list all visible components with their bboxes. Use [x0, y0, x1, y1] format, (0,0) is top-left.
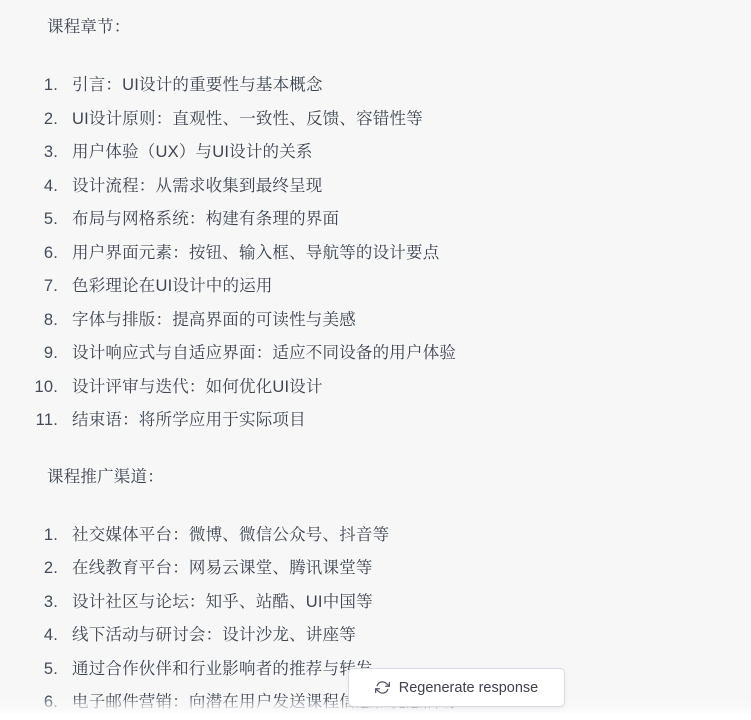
list-item: 设计评审与迭代：如何优化UI设计: [0, 371, 751, 405]
list-item: 色彩理论在UI设计中的运用: [0, 270, 751, 304]
list-item: 线下活动与研讨会：设计沙龙、讲座等: [0, 619, 751, 653]
list-item: 在线教育平台：网易云课堂、腾讯课堂等: [0, 552, 751, 586]
list-item: 用户体验（UX）与UI设计的关系: [0, 136, 751, 170]
list-item: 布局与网格系统：构建有条理的界面: [0, 203, 751, 237]
course-chapters-heading: 课程章节：: [47, 13, 751, 41]
list-item: 引言：UI设计的重要性与基本概念: [0, 69, 751, 103]
list-item: 设计响应式与自适应界面：适应不同设备的用户体验: [0, 337, 751, 371]
list-item: 社交媒体平台：微博、微信公众号、抖音等: [0, 519, 751, 553]
course-chapters-list: 引言：UI设计的重要性与基本概念 UI设计原则：直观性、一致性、反馈、容错性等 …: [0, 69, 751, 438]
list-item: 用户界面元素：按钮、输入框、导航等的设计要点: [0, 237, 751, 271]
list-item: UI设计原则：直观性、一致性、反馈、容错性等: [0, 103, 751, 137]
list-item: 设计流程：从需求收集到最终呈现: [0, 170, 751, 204]
bottom-panel-edge: [0, 713, 751, 720]
regenerate-response-button[interactable]: Regenerate response: [348, 668, 565, 707]
list-item: 结束语：将所学应用于实际项目: [0, 404, 751, 438]
regenerate-button-label: Regenerate response: [399, 680, 538, 696]
promotion-channels-heading: 课程推广渠道：: [47, 463, 751, 491]
refresh-icon: [375, 680, 390, 695]
list-item: 设计社区与论坛：知乎、站酷、UI中国等: [0, 586, 751, 620]
list-item: 字体与排版：提高界面的可读性与美感: [0, 304, 751, 338]
assistant-message: 课程章节： 引言：UI设计的重要性与基本概念 UI设计原则：直观性、一致性、反馈…: [0, 0, 751, 720]
